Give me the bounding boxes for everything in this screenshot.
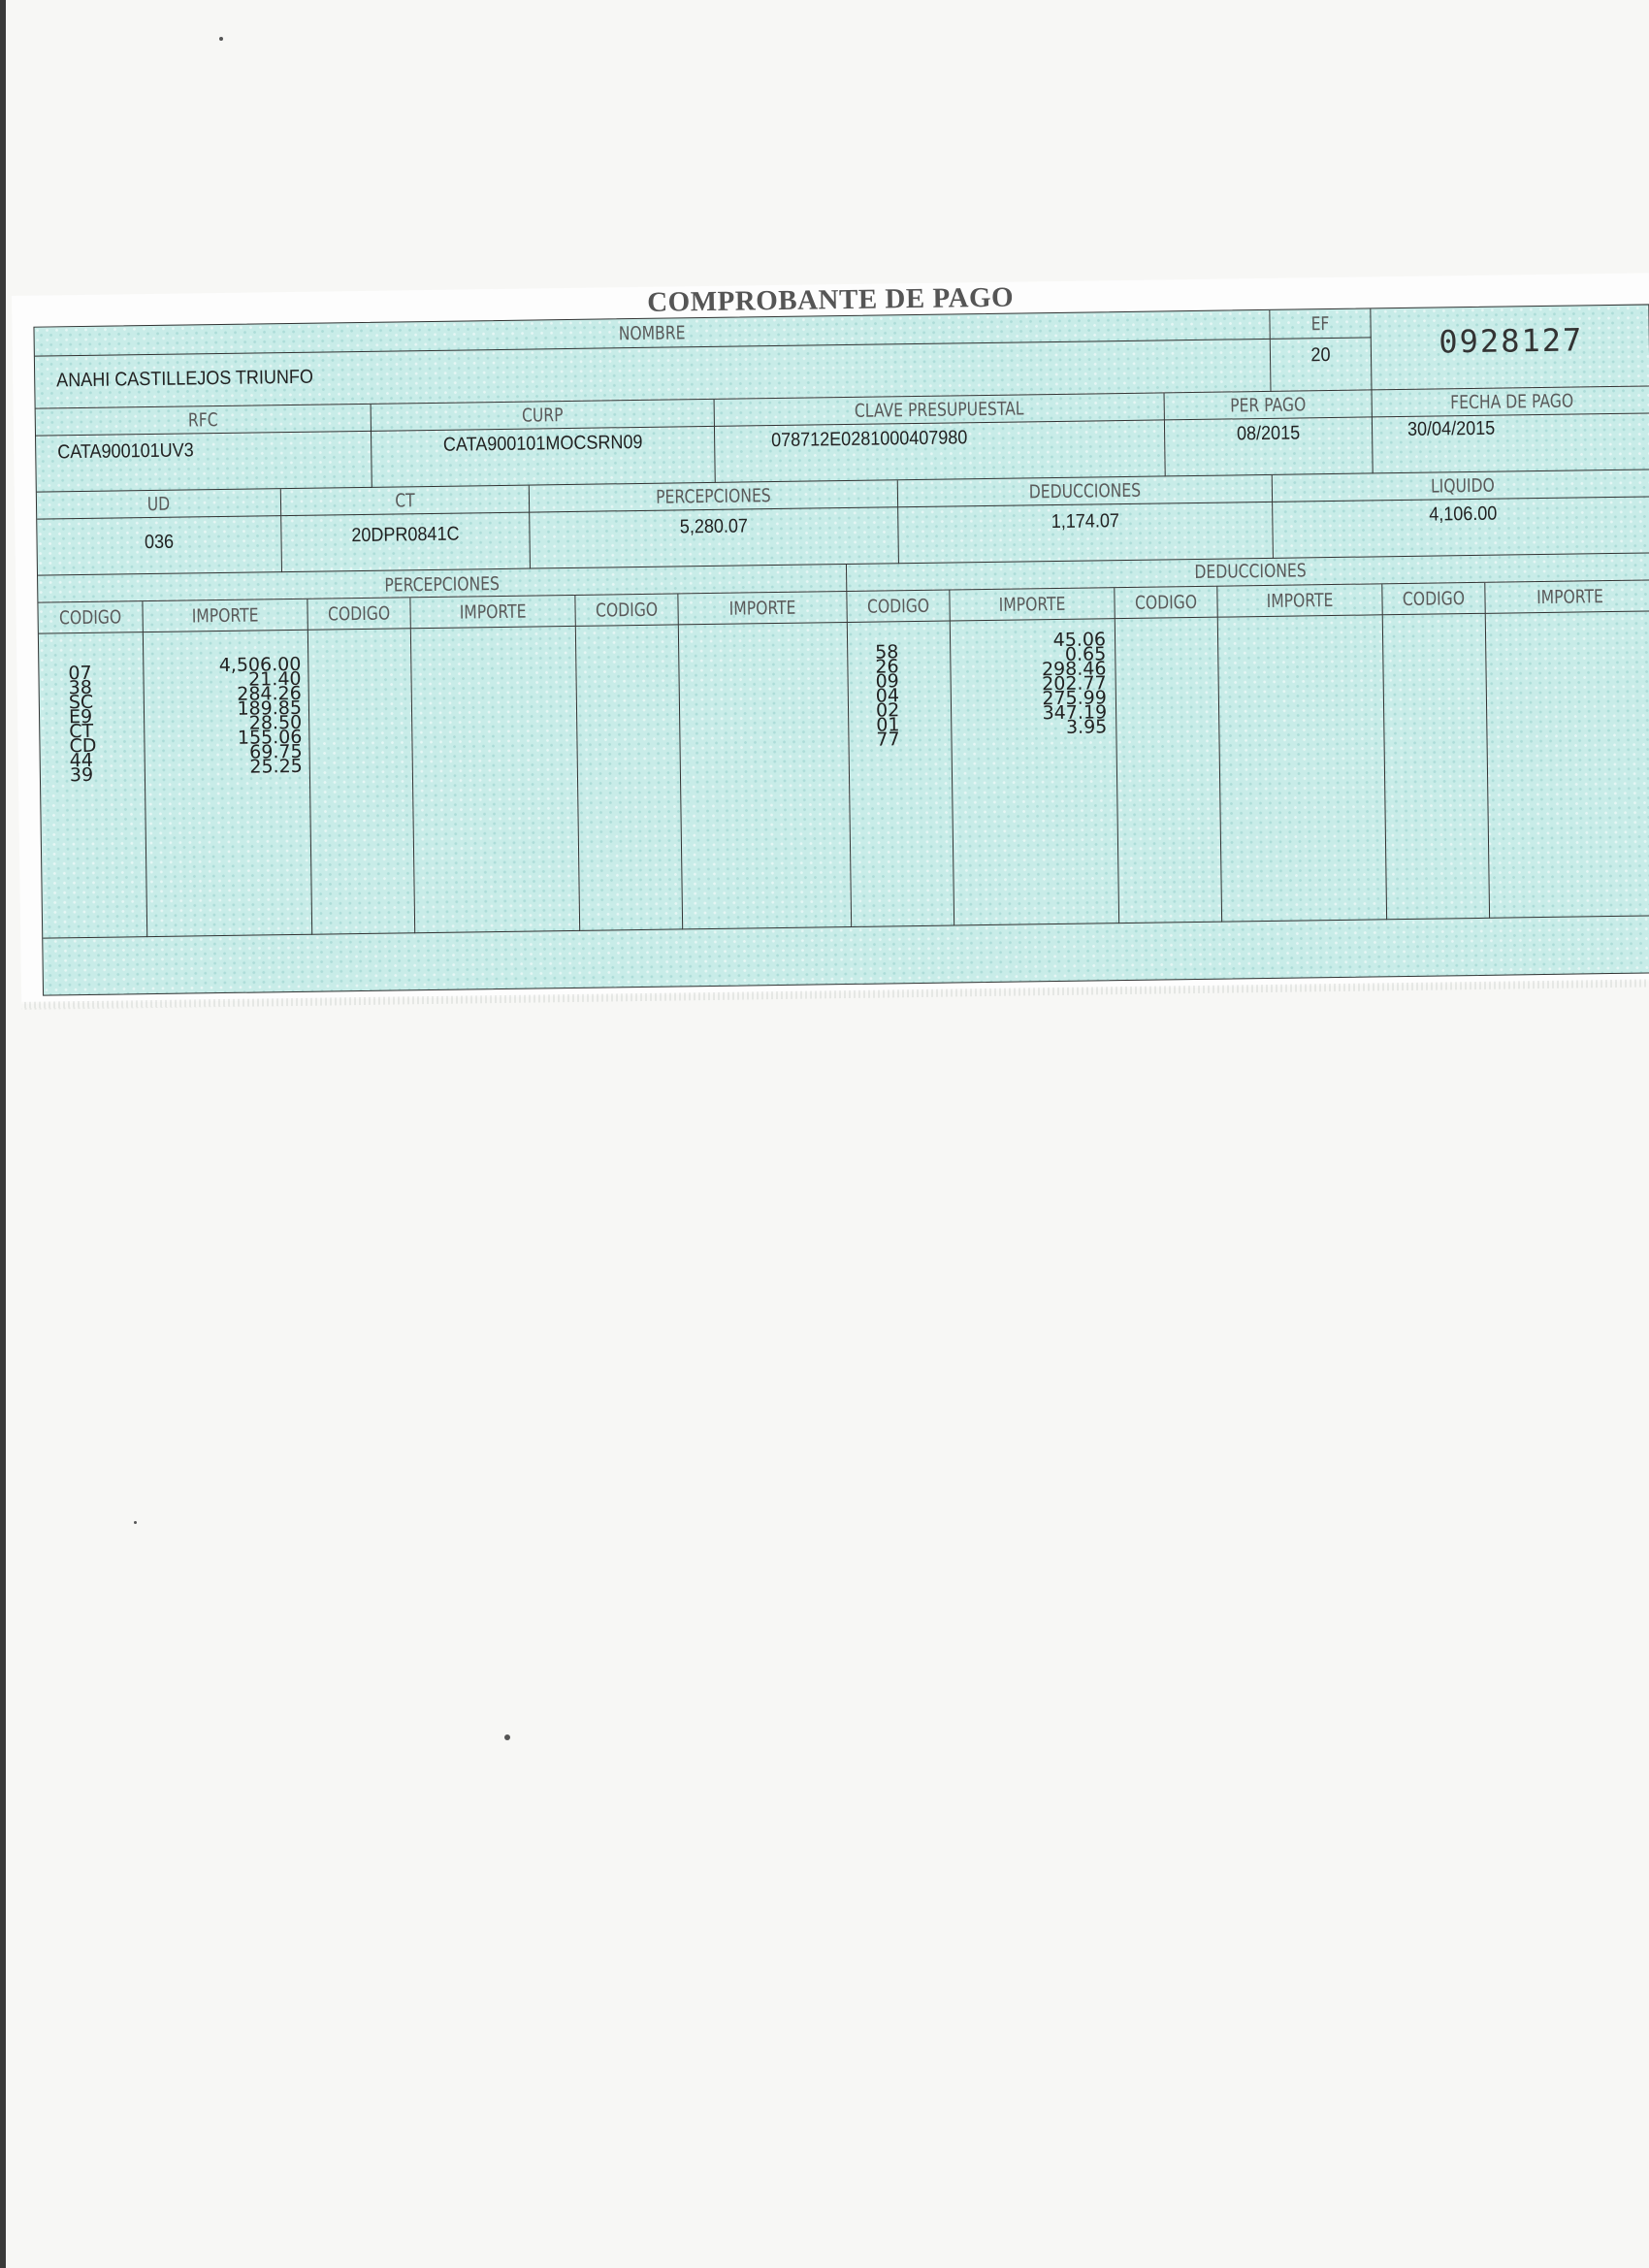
deducciones-total-value: 1,174.07 xyxy=(917,508,1253,535)
rfc-label: RFC xyxy=(66,407,340,433)
liquido-value: 4,106.00 xyxy=(1292,502,1634,529)
perc-col-importe-1: IMPORTE xyxy=(143,599,307,632)
ded-col-codigo-2: CODIGO xyxy=(1115,587,1217,619)
perc-body-importe-2 xyxy=(411,627,580,933)
fecha-pago-header: FECHA DE PAGO xyxy=(1372,386,1649,417)
ud-label: UD xyxy=(58,492,258,516)
percepciones-total-cell: 5,280.07 xyxy=(530,507,899,568)
column-label: CODIGO xyxy=(857,596,940,618)
nombre-value: ANAHI CASTILLEJOS TRIUNFO xyxy=(56,367,313,393)
perc-col-importe-2: IMPORTE xyxy=(410,596,575,629)
folio-cell: 0928127 xyxy=(1371,305,1649,390)
fecha-pago-label: FECHA DE PAGO xyxy=(1397,390,1626,414)
deducciones-codigo-list: 58260904020177 xyxy=(875,645,934,748)
per-pago-cell: 08/2015 xyxy=(1165,417,1374,476)
clave-presupuestal-value: 078712E0281000407980 xyxy=(771,427,968,452)
percepciones-importe-list: 4,506.0021.40284.26189.8528.50155.0669.7… xyxy=(144,658,303,776)
folio-number: 0928127 xyxy=(1372,320,1649,361)
list-item: 3.95 xyxy=(952,720,1107,736)
ct-cell: 20DPR0841C xyxy=(281,513,531,573)
ct-label: CT xyxy=(304,489,506,513)
perc-col-codigo-1: CODIGO xyxy=(38,601,143,634)
per-pago-label: PER PAGO xyxy=(1183,394,1353,417)
ud-header: UD xyxy=(37,489,281,520)
ded-body-importe-3 xyxy=(1486,611,1649,918)
curp-cell: CATA900101MOCSRN09 xyxy=(372,427,716,488)
payment-receipt: COMPROBANTE DE PAGO NOMBRE ANAHI CASTILL… xyxy=(12,273,1649,1003)
perc-body-codigo-2 xyxy=(308,629,415,934)
liquido-cell: 4,106.00 xyxy=(1273,497,1649,558)
ef-label: EF xyxy=(1279,313,1362,336)
ded-body-importe-2 xyxy=(1218,615,1387,922)
scan-speck xyxy=(504,1734,510,1740)
ded-col-codigo-1: CODIGO xyxy=(847,591,950,623)
curp-value: CATA900101MOCSRN09 xyxy=(389,431,697,457)
ct-header: CT xyxy=(281,486,530,517)
deducciones-total-label: DEDUCCIONES xyxy=(931,478,1238,503)
percepciones-total-label: PERCEPCIONES xyxy=(563,484,864,509)
ct-value: 20DPR0841C xyxy=(294,523,517,548)
ded-col-codigo-3: CODIGO xyxy=(1382,583,1485,615)
column-label: IMPORTE xyxy=(1501,586,1639,609)
column-label: CODIGO xyxy=(1124,592,1208,614)
per-pago-header: PER PAGO xyxy=(1165,390,1373,420)
per-pago-value: 08/2015 xyxy=(1176,422,1362,447)
column-label: CODIGO xyxy=(317,602,401,625)
ded-col-importe-2: IMPORTE xyxy=(1217,584,1382,617)
list-item: 39 xyxy=(70,767,128,783)
clave-presupuestal-cell: 078712E0281000407980 xyxy=(715,420,1166,482)
perc-body-importe-3 xyxy=(679,623,852,929)
scan-edge xyxy=(0,0,6,2268)
liquido-label: LIQUIDO xyxy=(1307,473,1619,499)
scan-speck xyxy=(134,1521,137,1524)
list-item: 77 xyxy=(876,732,934,748)
ud-value: 036 xyxy=(49,530,269,555)
ded-body-codigo-2 xyxy=(1115,618,1222,923)
rfc-cell: CATA900101UV3 xyxy=(36,432,372,493)
fecha-pago-value: 30/04/2015 xyxy=(1407,418,1495,441)
scan-speck xyxy=(219,37,223,41)
percepciones-codigo-list: 0738SCE9CTCD4439 xyxy=(68,665,128,783)
column-label: IMPORTE xyxy=(694,597,831,620)
column-label: IMPORTE xyxy=(426,600,561,624)
rfc-value: CATA900101UV3 xyxy=(57,439,194,464)
percepciones-total-value: 5,280.07 xyxy=(548,514,879,541)
ef-value: 20 xyxy=(1276,344,1366,368)
ud-cell: 036 xyxy=(37,516,282,576)
ded-col-importe-1: IMPORTE xyxy=(950,588,1115,621)
fecha-pago-cell: 30/04/2015 xyxy=(1373,413,1649,473)
perc-col-importe-3: IMPORTE xyxy=(678,592,847,625)
curp-label: CURP xyxy=(402,403,683,428)
ef-header: EF xyxy=(1270,308,1371,339)
column-label: CODIGO xyxy=(48,606,133,629)
ef-cell: 20 xyxy=(1271,338,1373,391)
perc-col-codigo-2: CODIGO xyxy=(307,598,410,630)
receipt-form: NOMBRE ANAHI CASTILLEJOS TRIUNFO EF 20 0… xyxy=(33,304,1649,995)
column-label: IMPORTE xyxy=(965,593,1100,616)
clave-presupuestal-label: CLAVE PRESUPUESTAL xyxy=(755,397,1123,423)
column-label: CODIGO xyxy=(1392,588,1475,610)
perc-col-codigo-3: CODIGO xyxy=(575,594,678,626)
perc-body-codigo-3 xyxy=(576,625,683,930)
deducciones-total-cell: 1,174.07 xyxy=(898,502,1274,564)
deducciones-importe-list: 45.060.65298.46202.77275.99347.193.95 xyxy=(951,632,1107,736)
ded-body-codigo-3 xyxy=(1383,614,1490,920)
column-label: IMPORTE xyxy=(1233,590,1368,613)
column-label: IMPORTE xyxy=(158,604,293,628)
ded-col-importe-3: IMPORTE xyxy=(1485,580,1649,613)
column-label: CODIGO xyxy=(585,599,668,622)
list-item: 25.25 xyxy=(145,760,303,776)
